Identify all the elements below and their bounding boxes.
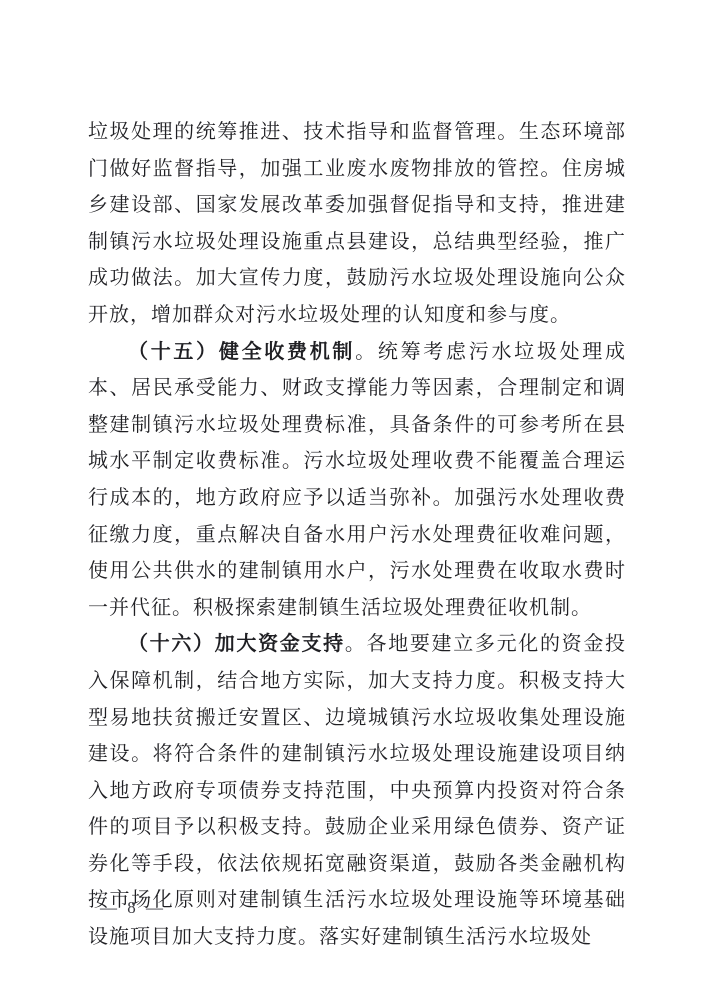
paragraph-text: 垃圾处理的统筹推进、技术指导和监督管理。生态环境部门做好监督指导，加强工业废水废…: [88, 121, 626, 326]
document-body: 垃圾处理的统筹推进、技术指导和监督管理。生态环境部门做好监督指导，加强工业废水废…: [88, 114, 626, 956]
section-heading: （十五）健全收费机制: [128, 341, 355, 363]
section-heading: （十六）加大资金支持: [128, 633, 345, 655]
paragraph-section-15: （十五）健全收费机制。统筹考虑污水垃圾处理成本、居民承受能力、财政支撑能力等因素…: [88, 334, 626, 627]
paragraph-text: 。统筹考虑污水垃圾处理成本、居民承受能力、财政支撑能力等因素，合理制定和调整建制…: [88, 341, 626, 619]
paragraph-section-16: （十六）加大资金支持。各地要建立多元化的资金投入保障机制，结合地方实际，加大支持…: [88, 626, 626, 955]
document-page: 垃圾处理的统筹推进、技术指导和监督管理。生态环境部门做好监督指导，加强工业废水废…: [0, 0, 713, 994]
paragraph-text: 。各地要建立多元化的资金投入保障机制，结合地方实际，加大支持力度。积极支持大型易…: [88, 633, 626, 948]
paragraph-continuation: 垃圾处理的统筹推进、技术指导和监督管理。生态环境部门做好监督指导，加强工业废水废…: [88, 114, 626, 334]
page-number: — 8 —: [100, 898, 166, 918]
